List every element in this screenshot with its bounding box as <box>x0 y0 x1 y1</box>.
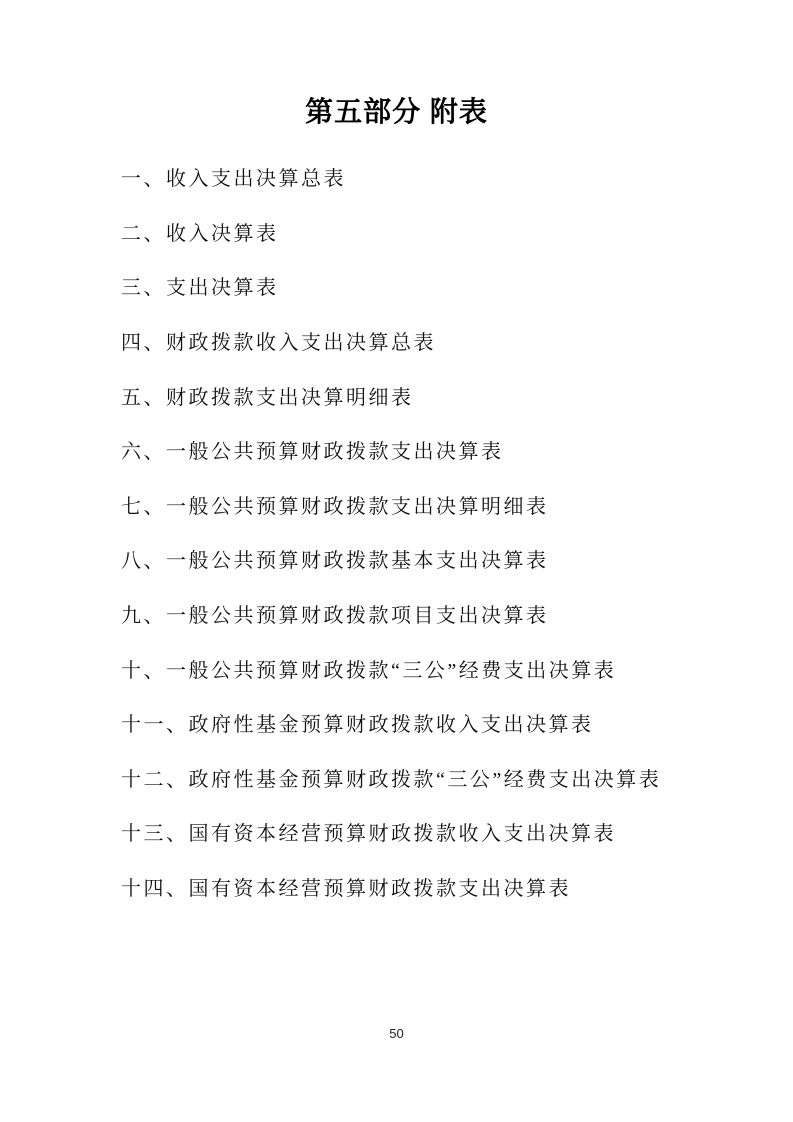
toc-item-10: 十、一般公共预算财政拨款“三公”经费支出决算表 <box>121 643 763 698</box>
toc-item-6: 六、一般公共预算财政拨款支出决算表 <box>121 425 763 480</box>
page-title: 第五部分 附表 <box>0 94 793 130</box>
toc-item-5: 五、财政拨款支出决算明细表 <box>121 370 763 425</box>
toc-item-9: 九、一般公共预算财政拨款项目支出决算表 <box>121 589 763 644</box>
toc-item-11: 十一、政府性基金预算财政拨款收入支出决算表 <box>121 698 763 753</box>
toc-item-14: 十四、国有资本经营预算财政拨款支出决算表 <box>121 862 763 917</box>
toc-item-3: 三、支出决算表 <box>121 261 763 316</box>
toc-item-1: 一、收入支出决算总表 <box>121 152 763 207</box>
toc-item-12: 十二、政府性基金预算财政拨款“三公”经费支出决算表 <box>121 753 763 808</box>
toc-list: 一、收入支出决算总表 二、收入决算表 三、支出决算表 四、财政拨款收入支出决算总… <box>121 152 763 916</box>
toc-item-7: 七、一般公共预算财政拨款支出决算明细表 <box>121 480 763 535</box>
page-number: 50 <box>0 1026 793 1041</box>
toc-item-4: 四、财政拨款收入支出决算总表 <box>121 316 763 371</box>
toc-item-13: 十三、国有资本经营预算财政拨款收入支出决算表 <box>121 807 763 862</box>
document-page: 第五部分 附表 一、收入支出决算总表 二、收入决算表 三、支出决算表 四、财政拨… <box>0 0 793 1122</box>
toc-item-8: 八、一般公共预算财政拨款基本支出决算表 <box>121 534 763 589</box>
toc-item-2: 二、收入决算表 <box>121 207 763 262</box>
